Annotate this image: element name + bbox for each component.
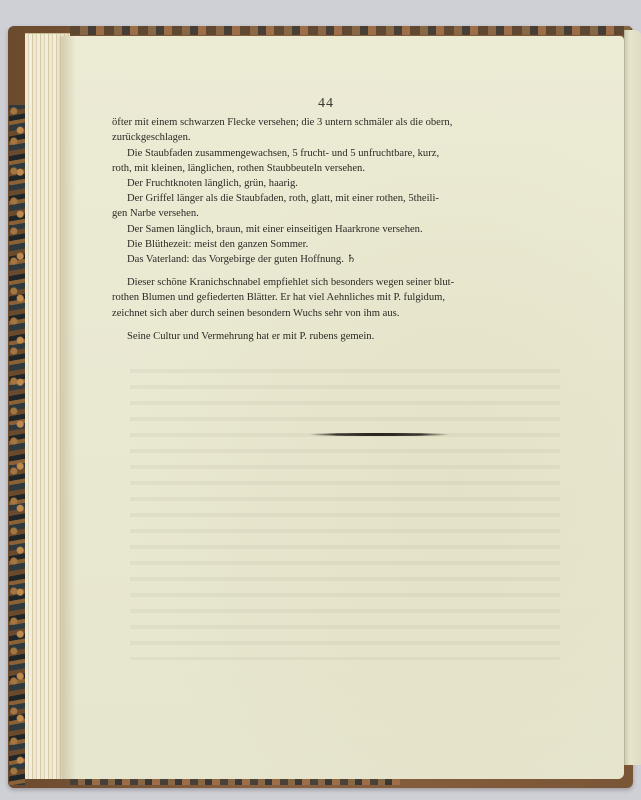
text-line: Dieser schöne Kranichschnabel empfiehlet… bbox=[112, 275, 540, 290]
text-line: rothen Blumen und gefiederten Blätter. E… bbox=[112, 290, 540, 305]
text-line: Das Vaterland: das Vorgebirge der guten … bbox=[112, 252, 540, 267]
text-line: Der Fruchtknoten länglich, grün, haarig. bbox=[112, 176, 540, 191]
text-line: gen Narbe versehen. bbox=[112, 206, 540, 221]
paragraph-gap bbox=[112, 321, 540, 329]
gutter-shadow bbox=[62, 36, 76, 779]
next-leaf-edge bbox=[624, 30, 641, 765]
paragraph-ovary: Der Fruchtknoten länglich, grün, haarig. bbox=[112, 176, 540, 191]
paragraph-native-region: Das Vaterland: das Vorgebirge der guten … bbox=[112, 252, 540, 267]
text-line: zeichnet sich aber durch seinen besonder… bbox=[112, 306, 540, 321]
text-line: Der Samen länglich, braun, mit einer ein… bbox=[112, 222, 540, 237]
page-text: 44 öfter mit einem schwarzen Flecke vers… bbox=[112, 96, 540, 344]
paragraph-description: Dieser schöne Kranichschnabel empfiehlet… bbox=[112, 275, 540, 321]
text-line: Die Staubfaden zusammengewachsen, 5 fruc… bbox=[112, 146, 540, 161]
text-line: Der Griffel länger als die Staubfaden, r… bbox=[112, 191, 540, 206]
decorative-rule bbox=[308, 433, 450, 436]
text-line: zurückgeschlagen. bbox=[112, 130, 540, 145]
text-line: Seine Cultur und Vermehrung hat er mit P… bbox=[112, 329, 540, 344]
paragraph-style: Der Griffel länger als die Staubfaden, r… bbox=[112, 191, 540, 221]
paragraph-cultivation: Seine Cultur und Vermehrung hat er mit P… bbox=[112, 329, 540, 344]
page-number: 44 bbox=[112, 96, 540, 111]
marbled-edge-left bbox=[9, 105, 25, 785]
paragraph-gap bbox=[112, 267, 540, 275]
text-line: roth, mit kleinen, länglichen, rothen St… bbox=[112, 161, 540, 176]
marbled-edge-top bbox=[70, 26, 630, 35]
paragraph-stamens: Die Staubfaden zusammengewachsen, 5 fruc… bbox=[112, 146, 540, 176]
paragraph-seed: Der Samen länglich, braun, mit einer ein… bbox=[112, 222, 540, 237]
paragraph-1: öfter mit einem schwarzen Flecke versehe… bbox=[112, 115, 540, 145]
text-line: Die Blüthezeit: meist den ganzen Sommer. bbox=[112, 237, 540, 252]
paragraph-flowering-time: Die Blüthezeit: meist den ganzen Sommer. bbox=[112, 237, 540, 252]
text-line: öfter mit einem schwarzen Flecke versehe… bbox=[112, 115, 540, 130]
